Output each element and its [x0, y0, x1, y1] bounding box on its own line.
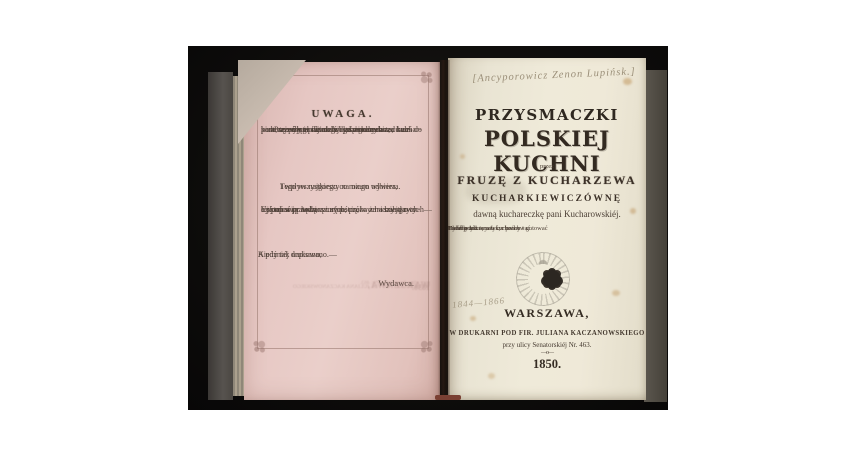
imprint-city: WARSZAWA, [448, 306, 646, 321]
book-title-line1: PRZYSMACZKI [448, 106, 646, 124]
title-page: [Ancyporowicz Zenon Lupińsk.] PRZYSMACZK… [448, 58, 646, 400]
corner-ornament-icon [418, 338, 434, 354]
book-photograph: UWAGA. Przepisy w téj małéj książce zawa… [188, 46, 668, 410]
foxing-stain [612, 290, 620, 296]
printer-imprint-line1: W DRUKARNI POD FIR. JULIANA KACZANOWSKIE… [448, 330, 646, 337]
book-cover-left-edge [208, 72, 233, 400]
corner-ornament-icon [252, 338, 268, 354]
spine-binding-accent [435, 395, 461, 400]
publication-year: 1850. [448, 357, 646, 372]
foxing-stain [488, 373, 495, 379]
printer-imprint-line2: przy ulicy Senatorskiéj Nr. 463. [448, 341, 646, 349]
decorative-border-frame [257, 75, 429, 349]
text-line: Pieśń poczciwych kucharek. [448, 225, 521, 234]
owner-inscription-handwriting: [Ancyporowicz Zenon Lupińsk.] [462, 66, 646, 85]
book-gutter-shadow [438, 60, 450, 400]
foxing-stain [623, 78, 632, 85]
printer-rosette-ornament-icon [543, 270, 561, 288]
author-description: dawną kuchareczkę pani Kucharowskiéj. [448, 209, 646, 219]
byline-prefix: przez [448, 163, 646, 170]
small-rule-ornament: —o— [448, 350, 646, 356]
author-name-line1: FRUZĘ Z KUCHARZEWA [448, 173, 646, 188]
corner-ornament-icon [418, 70, 434, 86]
book-cover-right-edge [644, 70, 667, 402]
left-page-uwaga: UWAGA. Przepisy w téj małéj książce zawa… [244, 62, 440, 400]
author-name-line2: KUCHARKIEWICZÓWNĘ [448, 194, 646, 204]
